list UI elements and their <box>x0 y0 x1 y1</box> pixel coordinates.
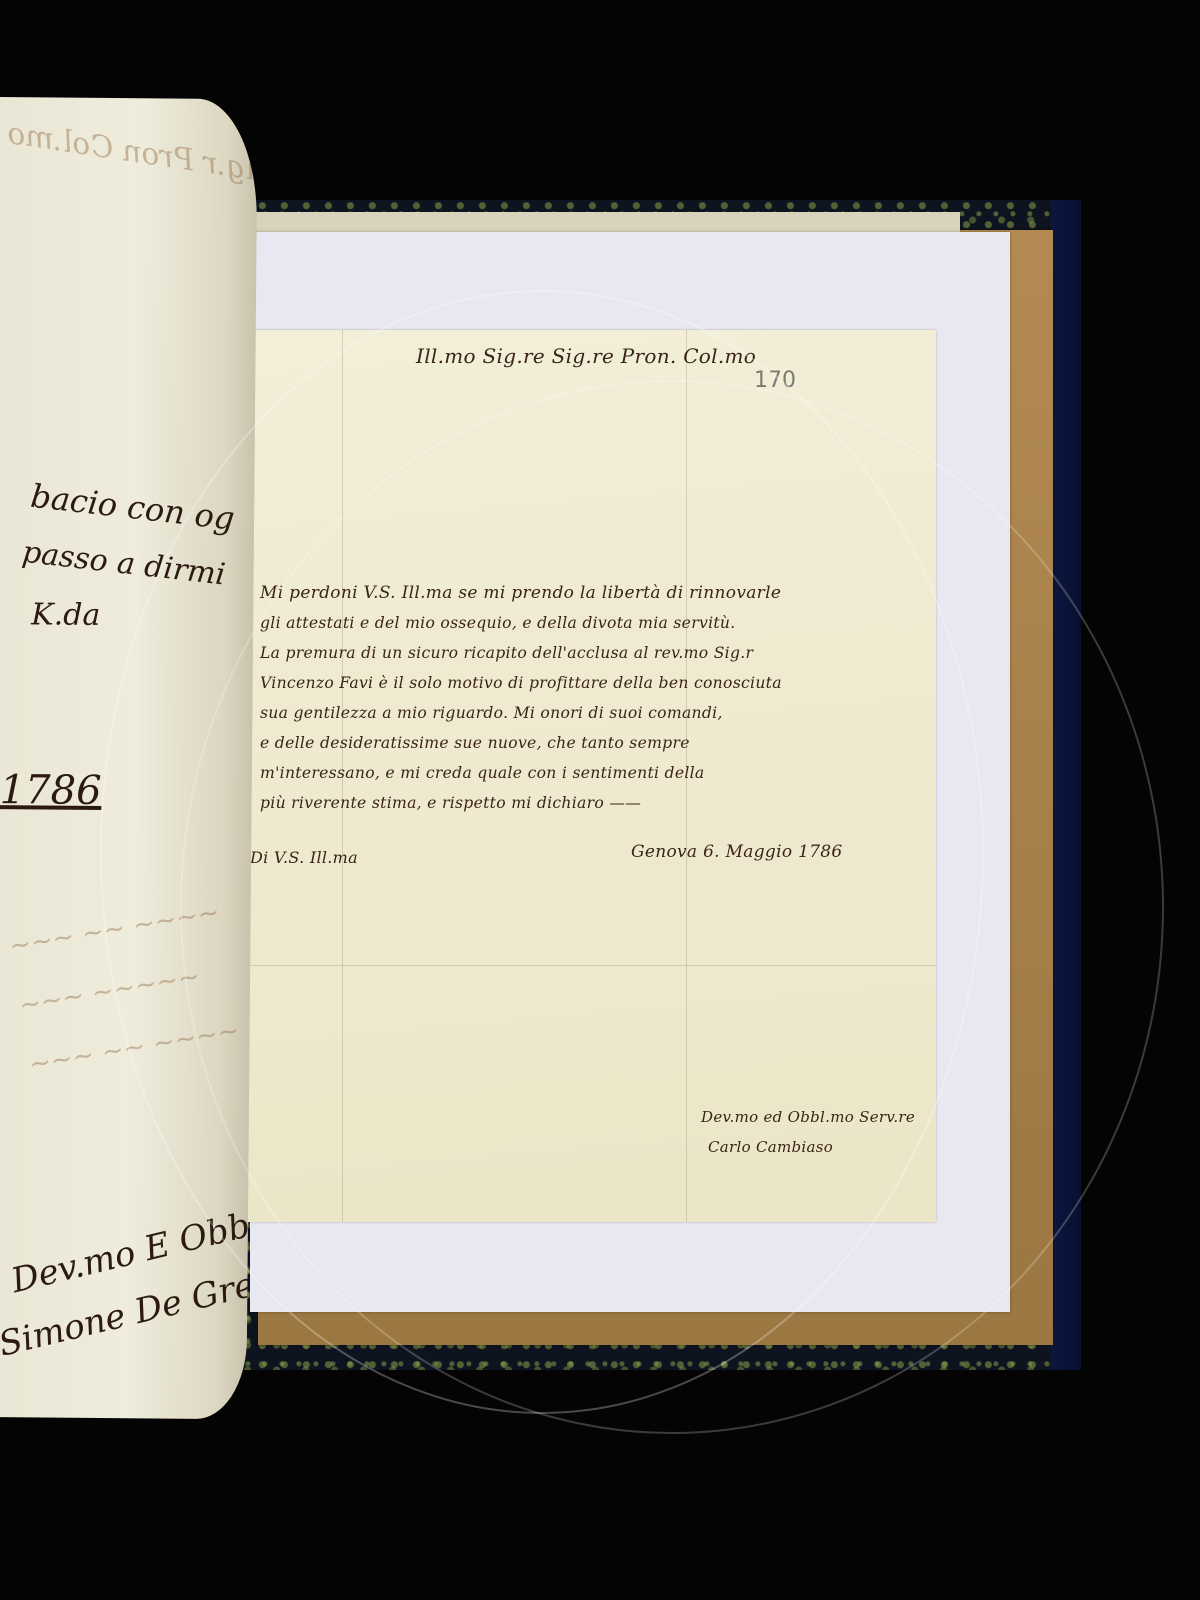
body-line: Mi perdoni V.S. Ill.ma se mi prendo la l… <box>260 578 782 608</box>
body-line: La premura di un sicuro ricapito dell'ac… <box>260 638 782 668</box>
body-line: Vincenzo Favi è il solo motivo di profit… <box>260 668 782 698</box>
left-page-line: K.da <box>31 597 100 633</box>
left-page-line: bacio con og <box>29 477 237 538</box>
body-line: m'interessano, e mi creda quale con i se… <box>260 758 782 788</box>
body-line: gli attestati e del mio ossequio, e dell… <box>260 608 782 638</box>
letter-salutation: Ill.mo Sig.re Sig.re Pron. Col.mo <box>416 344 756 368</box>
bleed-through-text: ~~~ ~~ ~~~~ ~~~ ~~~~~ ~~~ ~~ ~~~~ <box>5 881 252 1095</box>
fold-line <box>246 965 936 966</box>
signature-name: Carlo Cambiaso <box>708 1138 833 1156</box>
closing-address: Di V.S. Ill.ma <box>250 848 358 867</box>
signature-courtesy: Dev.mo ed Obbl.mo Serv.re <box>701 1108 915 1126</box>
letter-body: Mi perdoni V.S. Ill.ma se mi prendo la l… <box>260 578 782 818</box>
bleed-through-header: Ill.mo Sig.r Sig.r Pron Col.mo <box>5 116 258 217</box>
body-line: sua gentilezza a mio riguardo. Mi onori … <box>260 698 782 728</box>
body-line: e delle desideratissime sue nuove, che t… <box>260 728 782 758</box>
date-place: Genova 6. Maggio 1786 <box>631 842 843 862</box>
left-page: Ill.mo Sig.r Sig.r Pron Col.mo bacio con… <box>0 97 258 1419</box>
folio-number: 170 <box>754 368 796 393</box>
body-line: più riverente stima, e rispetto mi dichi… <box>260 788 782 818</box>
cover-edge <box>1051 200 1081 1370</box>
left-page-line: passo a dirmi <box>20 535 227 593</box>
letter-sheet: Ill.mo Sig.re Sig.re Pron. Col.mo 170 Mi… <box>246 330 936 1222</box>
left-page-year: 1786 <box>0 767 102 814</box>
